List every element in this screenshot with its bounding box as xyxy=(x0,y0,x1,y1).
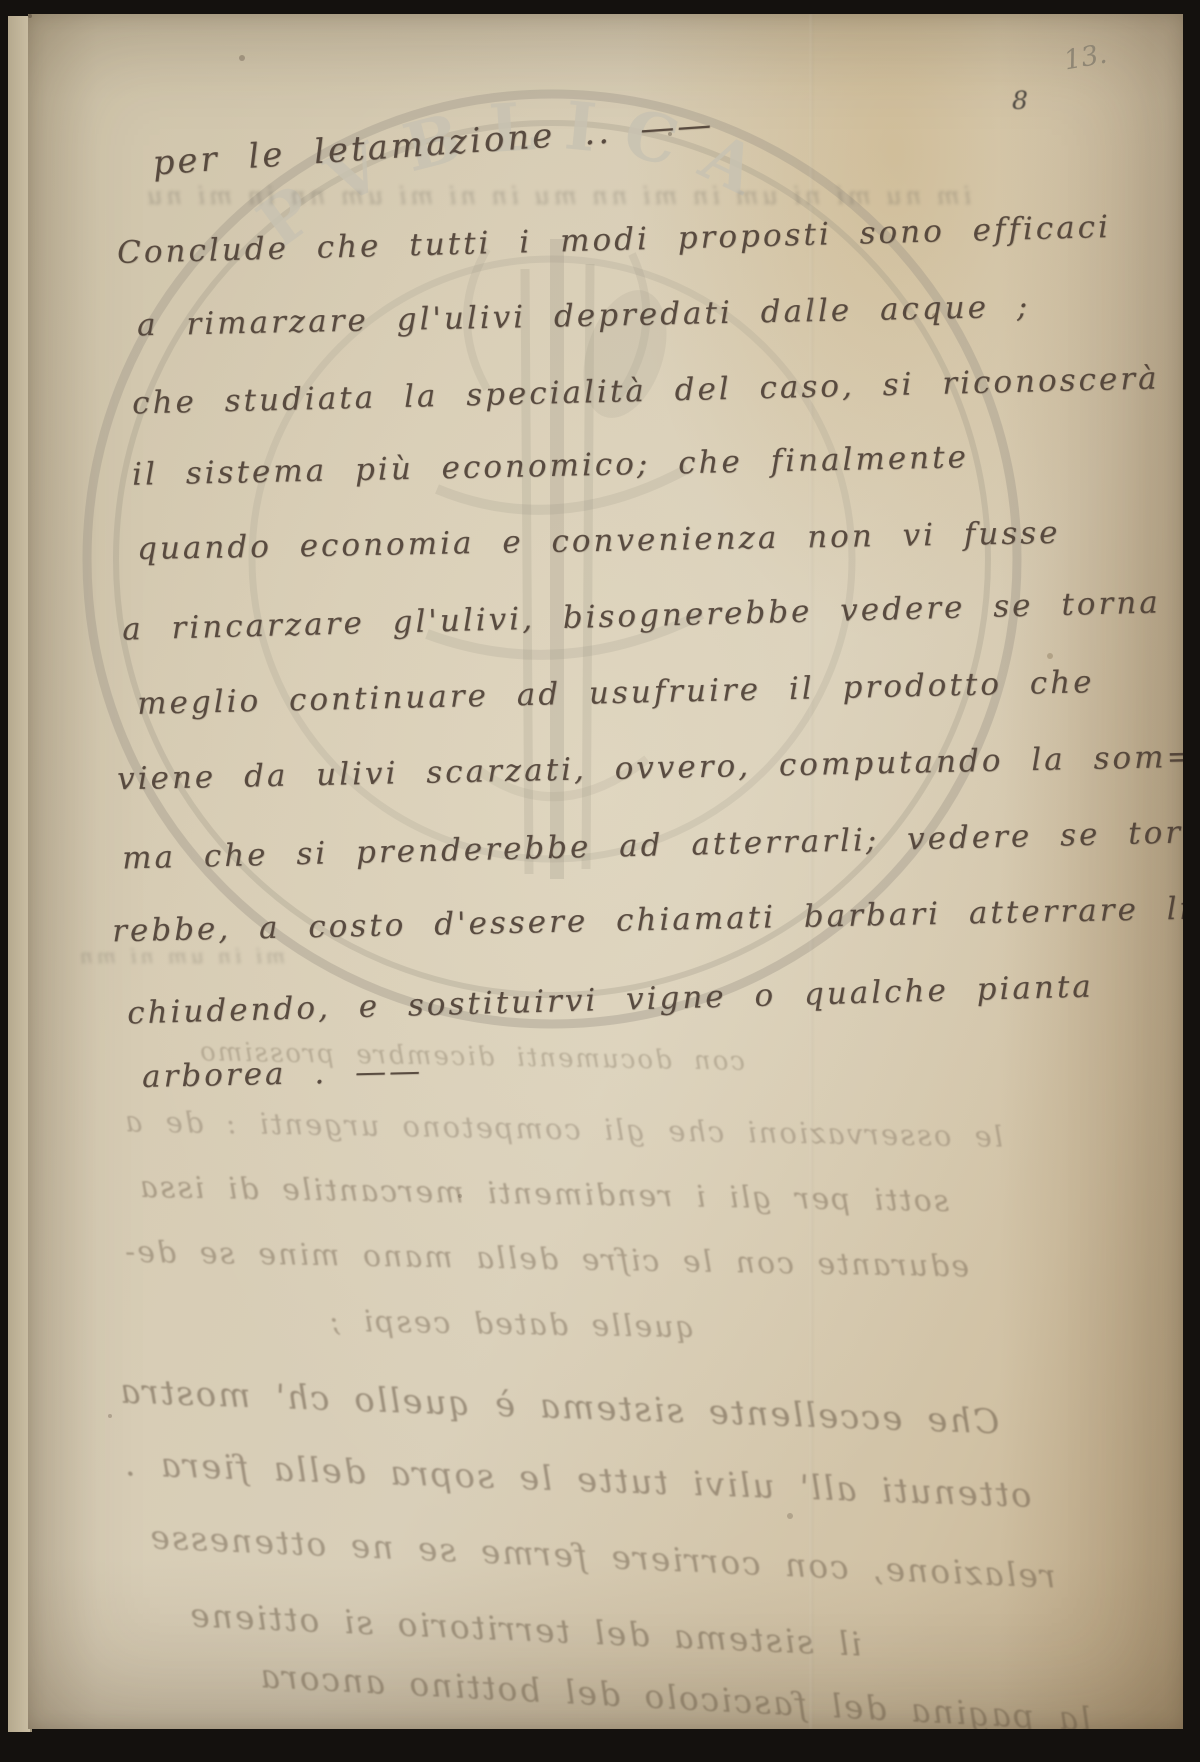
manuscript-line: a rimarzare gl'ulivi depredati dalle acq… xyxy=(137,289,1031,344)
manuscript-line: ma che si prenderebbe ad atterrarli; ved… xyxy=(122,813,1183,876)
manuscript-line: rebbe, a costo d'essere chiamati barbari… xyxy=(112,891,1183,950)
bleedthrough-line: quelle dated cespi ; xyxy=(328,1304,695,1345)
manuscript-line: Conclude che tutti i modi proposti sono … xyxy=(117,209,1112,271)
manuscript-line: che studiata la specialità del caso, si … xyxy=(132,360,1160,421)
manuscript-line: meglio continuare ad usufruire il prodot… xyxy=(137,664,1095,722)
manuscript-line: quando economia e convenienza non vi fus… xyxy=(137,515,1061,567)
manuscript-line: il sistema più economico; che finalmente xyxy=(132,439,970,493)
page-number: 13. xyxy=(1062,39,1110,77)
paper-crease xyxy=(810,14,813,1729)
scan-frame: PVBLICA 13. 8 im nu mi ni um in mi nn mu… xyxy=(0,0,1200,1762)
bleedthrough-line: relazione, con corriere ferme se ne otte… xyxy=(148,1517,1057,1596)
bleedthrough-line: le osservazioni che gli competono urgent… xyxy=(123,1104,1004,1153)
manuscript-line: per le letamazione .. —— xyxy=(151,104,715,183)
manuscript-line: viene da ulivi scarzati, ovvero, computa… xyxy=(117,739,1183,798)
manuscript-line: chiudendo, e sostituirvi vigne o qualche… xyxy=(127,969,1095,1032)
bleedthrough-line: edurante con le cifre della mano mine se… xyxy=(123,1235,970,1285)
bleedthrough-line: la pagina del fascicolo del bottino anco… xyxy=(258,1656,1092,1729)
bleedthrough-line: sotti per gli i rendimenti mercantile di… xyxy=(138,1170,950,1219)
bleedthrough-line: il sistema del territorio si ottiene xyxy=(187,1595,862,1663)
manuscript-page: PVBLICA 13. 8 im nu mi ni um in mi nn mu… xyxy=(28,14,1183,1729)
smudge-row: im nu mi ni um in mi nn mu in ni mi um n… xyxy=(143,182,971,210)
paper-specks xyxy=(28,14,32,18)
corner-mark: 8 xyxy=(1012,86,1028,115)
bleedthrough-line: ottenuti all' ulivi tutte le sopra della… xyxy=(123,1444,1033,1516)
bleedthrough-line: Che eccellente sistema è quello ch' most… xyxy=(118,1372,1000,1443)
manuscript-line: a rincarzare gl'ulivi, bisognerebbe vede… xyxy=(122,584,1161,647)
